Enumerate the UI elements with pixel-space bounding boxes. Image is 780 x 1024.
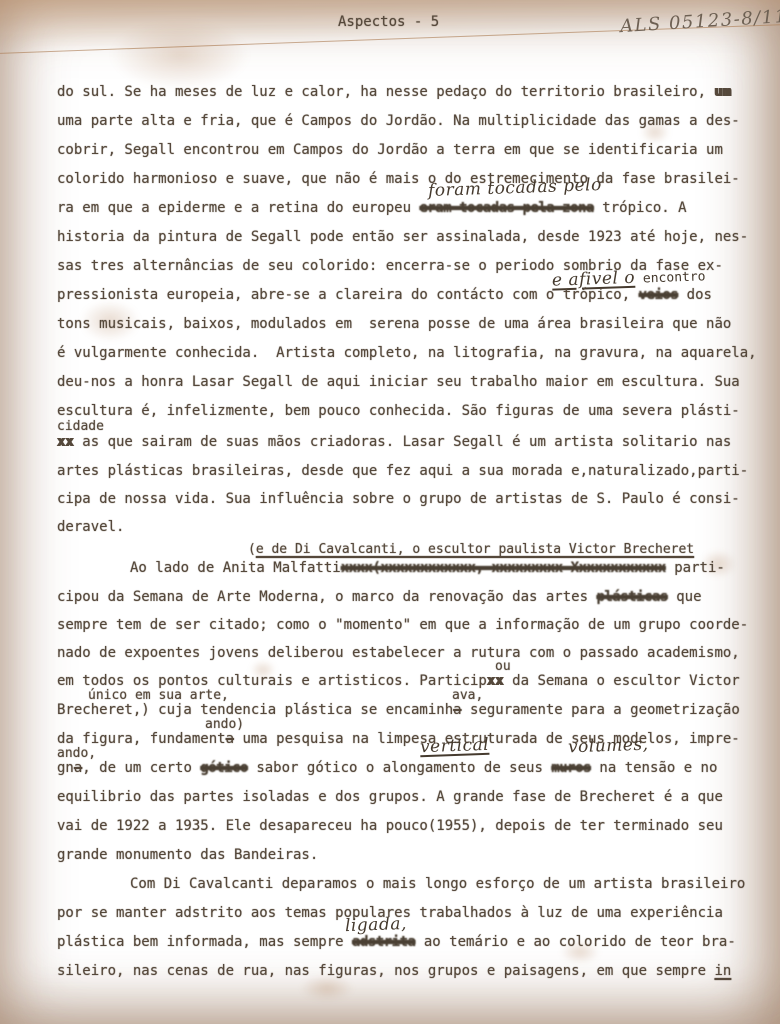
typed-line: em todos os pontos culturais e artistico… <box>57 673 740 689</box>
typed-line: gna, de um certo gótico sabor gótico o a… <box>57 760 717 776</box>
text-segment: ao temário e ao colorido de teor bra- <box>415 934 735 950</box>
text-segment: deravel. <box>57 519 124 535</box>
text-segment-strike: a <box>226 731 234 747</box>
typed-line: sempre tem de ser citado; como o "moment… <box>57 617 748 633</box>
text-segment: cipa de nossa vida. Sua influência sobre… <box>57 491 740 507</box>
text-segment: gn <box>57 760 74 776</box>
typed-line: uma parte alta e fria, que é Campos do J… <box>57 113 740 129</box>
text-segment: cobrir, Segall encontrou em Campos do Jo… <box>57 142 723 158</box>
handwritten-correction: ligada, <box>345 916 407 934</box>
text-segment: na tensão e no <box>591 760 717 776</box>
text-segment: em todos os pontos culturais e artistico… <box>57 673 487 689</box>
text-segment: é vulgarmente conhecida. Artista complet… <box>57 345 757 361</box>
text-segment: da figura, fundament <box>57 731 226 747</box>
typed-line: pressionista europeia, abre-se a clareir… <box>57 287 712 303</box>
paper-stain <box>110 20 250 90</box>
text-segment: Com Di Cavalcanti deparamos o mais longo… <box>130 876 745 892</box>
handwritten-correction: foram tocadas pelo <box>428 177 602 199</box>
text-segment: do sul. Se ha meses de luz e calor, ha n… <box>57 84 714 100</box>
typed-line: artes plásticas brasileiras, desde que f… <box>57 463 748 479</box>
text-segment-overstrike: xx <box>57 434 74 450</box>
text-segment: uma parte alta e fria, que é Campos do J… <box>57 113 740 129</box>
text-segment: cipou da Semana de Arte Moderna, o marco… <box>57 589 596 605</box>
text-segment: de seus <box>475 760 551 776</box>
text-segment: Ao lado de Anita Malfatti <box>130 560 341 576</box>
text-segment: sabor gótico o alongamento <box>248 760 476 776</box>
text-segment: ando, <box>57 746 96 761</box>
text-segment: colorido harmonioso e suave, que não é m… <box>57 171 740 187</box>
text-segment-scribble: gótico <box>200 760 248 776</box>
text-segment-typed: encontro <box>635 269 706 286</box>
text-segment: único em sua arte, <box>88 688 229 703</box>
text-segment-underline: in <box>714 963 731 979</box>
text-segment: , de um certo <box>82 760 200 776</box>
text-segment: vai de 1922 a 1935. Ele desapareceu ha p… <box>57 818 723 834</box>
typed-line: Brecheret,) cuja tendencia plástica se e… <box>57 702 740 718</box>
text-segment: tons musicais, baixos, modulados em sere… <box>57 316 731 332</box>
text-segment: cidade <box>57 419 104 434</box>
text-segment: seguramente para a geometrização <box>462 702 740 718</box>
text-segment: pressionista europeia, abre-se a clareir… <box>57 287 639 303</box>
text-segment-scribble: veios <box>639 287 679 303</box>
text-segment-underline: e de Di Cavalcanti, o escultor paulista … <box>256 542 694 557</box>
text-segment-scribble: muros <box>551 760 591 776</box>
text-segment: que <box>668 589 702 605</box>
text-segment: ando) <box>205 717 244 732</box>
text-segment-scribble: adstrita <box>352 934 415 950</box>
text-segment: deu-nos a honra Lasar Segall de aqui ini… <box>57 374 740 390</box>
typed-line: equilibrio das partes isoladas e dos gru… <box>57 789 723 805</box>
text-segment: ra em que a epiderme e a retina do europ… <box>57 200 419 216</box>
typed-line: tons musicais, baixos, modulados em sere… <box>57 316 731 332</box>
typed-line: colorido harmonioso e suave, que não é m… <box>57 171 740 187</box>
typed-line: sileiro, nas cenas de rua, nas figuras, … <box>57 963 731 979</box>
text-segment: escultura é, infelizmente, bem pouco con… <box>57 403 740 419</box>
text-segment: dos <box>678 287 712 303</box>
text-segment: sileiro, nas cenas de rua, nas figuras, … <box>57 963 714 979</box>
text-segment: historia da pintura de Segall pode então… <box>57 229 748 245</box>
text-segment-scribble: plásticas <box>596 589 667 605</box>
typed-line: deu-nos a honra Lasar Segall de aqui ini… <box>57 374 740 390</box>
typed-line: Ao lado de Anita Malfattixxxx(xxxxxxxxxx… <box>130 560 725 576</box>
typed-line: deravel. <box>57 519 124 535</box>
typed-line: xx as que sairam de suas mãos criadoras.… <box>57 434 731 450</box>
text-segment: as que sairam de suas mãos criadoras. La… <box>74 434 731 450</box>
page-title: Aspectos - 5 <box>338 14 439 30</box>
text-segment-underline: vertical <box>420 735 490 757</box>
text-segment: plástica bem informada, mas sempre <box>57 934 352 950</box>
typed-line: escultura é, infelizmente, bem pouco con… <box>57 403 740 419</box>
typed-line: grande monumento das Bandeiras. <box>57 847 318 863</box>
text-segment: sempre tem de ser citado; como o "moment… <box>57 617 748 633</box>
text-segment: parti- <box>666 560 725 576</box>
text-segment: ava, <box>452 688 483 703</box>
typed-insert: (e de Di Cavalcanti, o escultor paulista… <box>248 542 694 558</box>
text-segment: trópico. A <box>594 200 687 216</box>
typed-line: plástica bem informada, mas sempre adstr… <box>57 934 736 950</box>
typed-line: historia da pintura de Segall pode então… <box>57 229 748 245</box>
text-segment: ou <box>495 659 511 674</box>
text-segment: volumes, <box>568 735 649 758</box>
typed-line: vai de 1922 a 1935. Ele desapareceu ha p… <box>57 818 723 834</box>
manuscript-page: Aspectos - 5 ALS 05123-8/11 do sul. Se h… <box>0 0 780 1024</box>
text-segment: equilibrio das partes isoladas e dos gru… <box>57 789 723 805</box>
typed-line: cipa de nossa vida. Sua influência sobre… <box>57 491 740 507</box>
text-segment: grande monumento das Bandeiras. <box>57 847 318 863</box>
typed-line: do sul. Se ha meses de luz e calor, ha n… <box>57 84 731 100</box>
typed-line: cobrir, Segall encontrou em Campos do Jo… <box>57 142 723 158</box>
typed-insert: cidade <box>57 419 104 435</box>
text-segment: Brecheret,) cuja tendencia plástica se e… <box>57 702 453 718</box>
typed-line: Com Di Cavalcanti deparamos o mais longo… <box>130 876 745 892</box>
typed-line: nado de expoentes jovens deliberou estab… <box>57 645 740 661</box>
text-segment: artes plásticas brasileiras, desde que f… <box>57 463 748 479</box>
text-segment-strike: a <box>453 702 461 718</box>
text-segment: nado de expoentes jovens deliberou estab… <box>57 645 740 661</box>
text-segment: ( <box>248 542 256 557</box>
text-segment-scribble: xxxx(xxxxxxxxxxxx, xxxxxxxxx Xxxxxxxxxxx… <box>341 560 666 576</box>
typed-line: ra em que a epiderme e a retina do europ… <box>57 200 687 216</box>
text-segment-overstrike: um <box>714 84 731 100</box>
text-segment-overstrike: xx <box>487 673 504 689</box>
text-segment: ligada, <box>345 914 407 936</box>
handwritten-correction: volumes, <box>568 737 649 756</box>
handwritten-correction: vertical <box>420 737 490 755</box>
text-segment-scribble: eram tocadas pela zona <box>419 200 593 216</box>
typed-line: cipou da Semana de Arte Moderna, o marco… <box>57 589 702 605</box>
text-segment: da Semana o escultor Victor <box>504 673 740 689</box>
typed-line: é vulgarmente conhecida. Artista complet… <box>57 345 757 361</box>
